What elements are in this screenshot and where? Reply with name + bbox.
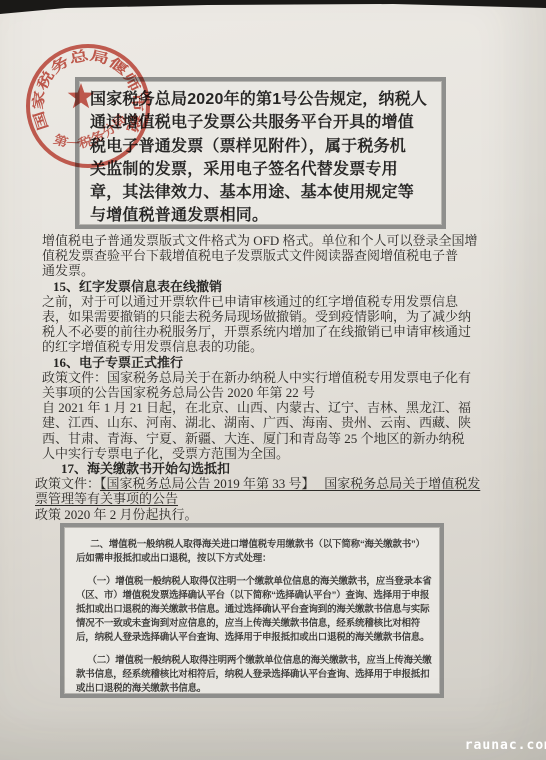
heading-item-17: 17、海关缴款书开始勾选抵扣	[42, 461, 514, 476]
photo-background: 国家税务总局2020年的第1号公告规定，纳税人 通过增值税电子发票公共服务平台开…	[0, 0, 546, 760]
customs-para-1: 二、增值税一般纳税人取得海关进口增值税专用缴款书（以下简称“海关缴款书”）后如需…	[76, 538, 432, 566]
stamp-star-icon	[68, 83, 95, 108]
heading-item-15: 15、红字发票信息表在线撤销	[42, 279, 514, 294]
svg-text:第一税务分局: 第一税务分局	[52, 111, 130, 151]
para-ofd-format: 增值税电子普通发票版式文件格式为 OFD 格式。单位和个人可以登录全国增 值税发…	[42, 233, 514, 279]
policy-citation-underlined: 【国家税务总局公告 2019 年第 33 号】 国家税务总局关于增值税发 票管理…	[35, 476, 480, 506]
highlight-box-customs: 二、增值税一般纳税人取得海关进口增值税专用缴款书（以下简称“海关缴款书”）后如需…	[60, 523, 444, 698]
heading-item-16: 16、电子专票正式推行	[42, 355, 514, 370]
stamp-branch-text: 第一税务分局	[52, 111, 130, 151]
policy-file-prefix: 政策文件：	[35, 476, 100, 491]
watermark: raunac.com	[465, 738, 546, 753]
document-body: 增值税电子普通发票版式文件格式为 OFD 格式。单位和个人可以登录全国增 值税发…	[42, 233, 514, 522]
para-item-17-exec: 政策 2020 年 2 月份起执行。	[35, 507, 514, 522]
para-item-16-policy: 政策文件：国家税务总局关于在新办纳税人中实行增值税专用发票电子化有 关事项的公告…	[42, 370, 514, 400]
tax-bureau-stamp: 国家税务总局偃师市税务局 第一税务分局	[24, 38, 160, 178]
para-item-17-policy: 政策文件：【国家税务总局公告 2019 年第 33 号】 国家税务总局关于增值税…	[35, 476, 514, 506]
customs-para-2: （一）增值税一般纳税人取得仅注明一个缴款单位信息的海关缴款书，应当登录本省（区、…	[76, 575, 432, 645]
para-item-16-detail: 自 2021 年 1 月 21 日起，在北京、山西、内蒙古、辽宁、吉林、黑龙江、…	[42, 400, 514, 461]
document-page: 国家税务总局2020年的第1号公告规定，纳税人 通过增值税电子发票公共服务平台开…	[0, 0, 546, 760]
para-item-15: 之前，对于可以通过开票软件已申请审核通过的红字增值税专用发票信息 表，如果需要撤…	[42, 294, 514, 355]
customs-para-3: （二）增值税一般纳税人取得注明两个缴款单位信息的海关缴款书，应当上传海关缴款书信…	[76, 654, 432, 696]
